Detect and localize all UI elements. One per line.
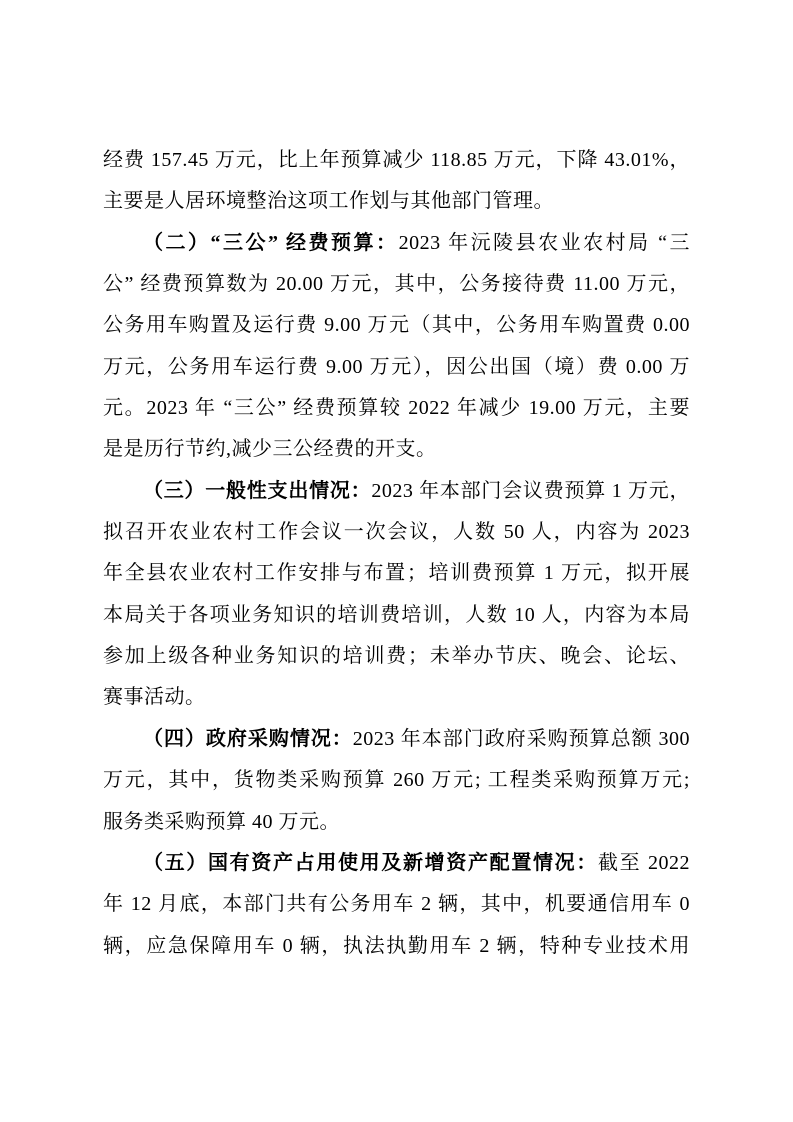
text-line: 是是历行节约,减少三公经费的开支。 [103, 429, 690, 470]
section-heading: （四）政府采购情况： [143, 728, 353, 750]
section-heading: （三）一般性支出情况： [143, 480, 371, 502]
text-line: 经费 157.45 万元，比上年预算减少 118.85 万元，下降 43.01%… [103, 140, 690, 181]
text-line: （三）一般性支出情况：2023 年本部门会议费预算 1 万元， [103, 471, 690, 512]
text-line: 主要是人居环境整治这项工作划与其他部门管理。 [103, 181, 690, 222]
text-line: 万元，公务用车运行费 9.00 万元），因公出国（境）费 0.00 万 [103, 347, 690, 388]
text-line: （四）政府采购情况：2023 年本部门政府采购预算总额 300 [103, 719, 690, 760]
text-line: 本局关于各项业务知识的培训费培训，人数 10 人，内容为本局 [103, 595, 690, 636]
text-line: 公务用车购置及运行费 9.00 万元（其中，公务用车购置费 0.00 [103, 305, 690, 346]
heading-line-rest: 截至 2022 [598, 852, 690, 874]
heading-line-rest: 2023 年本部门会议费预算 1 万元， [371, 480, 690, 502]
section-heading: （五）国有资产占用使用及新增资产配置情况： [143, 852, 598, 874]
text-line: 万元，其中，货物类采购预算 260 万元; 工程类采购预算万元; [103, 760, 690, 801]
document-page: 经费 157.45 万元，比上年预算减少 118.85 万元，下降 43.01%… [0, 0, 793, 1122]
text-line: 年全县农业农村工作安排与布置；培训费预算 1 万元，拟开展 [103, 553, 690, 594]
text-line: 辆，应急保障用车 0 辆，执法执勤用车 2 辆，特种专业技术用 [103, 926, 690, 967]
text-line: 公” 经费预算数为 20.00 万元，其中，公务接待费 11.00 万元， [103, 264, 690, 305]
section-heading: （二）“三公” 经费预算： [143, 232, 399, 254]
text-line: 年 12 月底，本部门共有公务用车 2 辆，其中，机要通信用车 0 [103, 884, 690, 925]
heading-line-rest: 2023 年沅陵县农业农村局 “三 [399, 232, 690, 254]
text-line: 拟召开农业农村工作会议一次会议，人数 50 人，内容为 2023 [103, 512, 690, 553]
text-line: 服务类采购预算 40 万元。 [103, 802, 690, 843]
text-line: （二）“三公” 经费预算：2023 年沅陵县农业农村局 “三 [103, 223, 690, 264]
text-line: 元。2023 年 “三公” 经费预算较 2022 年减少 19.00 万元，主要 [103, 388, 690, 429]
text-line: 赛事活动。 [103, 677, 690, 718]
text-line: 参加上级各种业务知识的培训费；未举办节庆、晚会、论坛、 [103, 636, 690, 677]
heading-line-rest: 2023 年本部门政府采购预算总额 300 [353, 728, 690, 750]
text-line: （五）国有资产占用使用及新增资产配置情况：截至 2022 [103, 843, 690, 884]
